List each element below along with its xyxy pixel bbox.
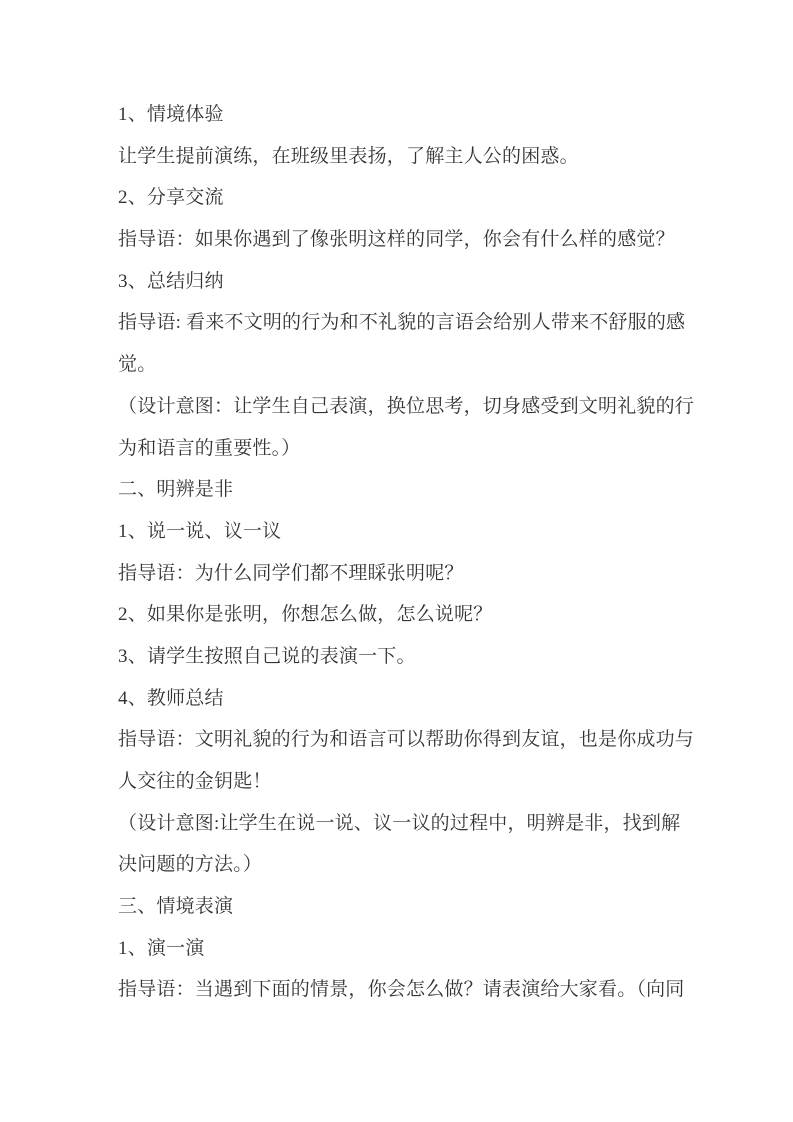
paragraph-line-11: 1、说一说、议一议 xyxy=(118,511,698,553)
paragraph-line-22: 指导语：当遇到下面的情景，你会怎么做？请表演给大家看。（向同 xyxy=(118,969,698,1011)
paragraph-line-9: 为和语言的重要性。） xyxy=(118,428,698,470)
paragraph-line-10: 二、明辨是非 xyxy=(118,469,698,511)
paragraph-line-14: 3、请学生按照自己说的表演一下。 xyxy=(118,636,698,678)
paragraph-line-12: 指导语：为什么同学们都不理睬张明呢？ xyxy=(118,553,698,595)
paragraph-line-21: 1、演一演 xyxy=(118,928,698,970)
paragraph-line-16: 指导语：文明礼貌的行为和语言可以帮助你得到友谊，也是你成功与 xyxy=(118,719,698,761)
paragraph-line-1: 1、情境体验 xyxy=(118,94,698,136)
paragraph-line-7: 觉。 xyxy=(118,344,698,386)
paragraph-line-13: 2、如果你是张明，你想怎么做，怎么说呢？ xyxy=(118,594,698,636)
paragraph-line-17: 人交往的金钥匙！ xyxy=(118,761,698,803)
paragraph-line-18: （设计意图:让学生在说一说、议一议的过程中，明辨是非，找到解 xyxy=(118,803,698,845)
paragraph-line-19: 决问题的方法。） xyxy=(118,844,698,886)
paragraph-line-6: 指导语: 看来不文明的行为和不礼貌的言语会给别人带来不舒服的感 xyxy=(118,302,698,344)
paragraph-line-3: 2、分享交流 xyxy=(118,177,698,219)
paragraph-line-8: （设计意图：让学生自己表演，换位思考，切身感受到文明礼貌的行 xyxy=(118,386,698,428)
paragraph-line-4: 指导语：如果你遇到了像张明这样的同学，你会有什么样的感觉？ xyxy=(118,219,698,261)
paragraph-line-15: 4、教师总结 xyxy=(118,678,698,720)
paragraph-line-20: 三、情境表演 xyxy=(118,886,698,928)
paragraph-line-2: 让学生提前演练，在班级里表扬，了解主人公的困惑。 xyxy=(118,136,698,178)
document-page: 1、情境体验 让学生提前演练，在班级里表扬，了解主人公的困惑。 2、分享交流 指… xyxy=(118,94,698,1011)
paragraph-line-5: 3、总结归纳 xyxy=(118,261,698,303)
